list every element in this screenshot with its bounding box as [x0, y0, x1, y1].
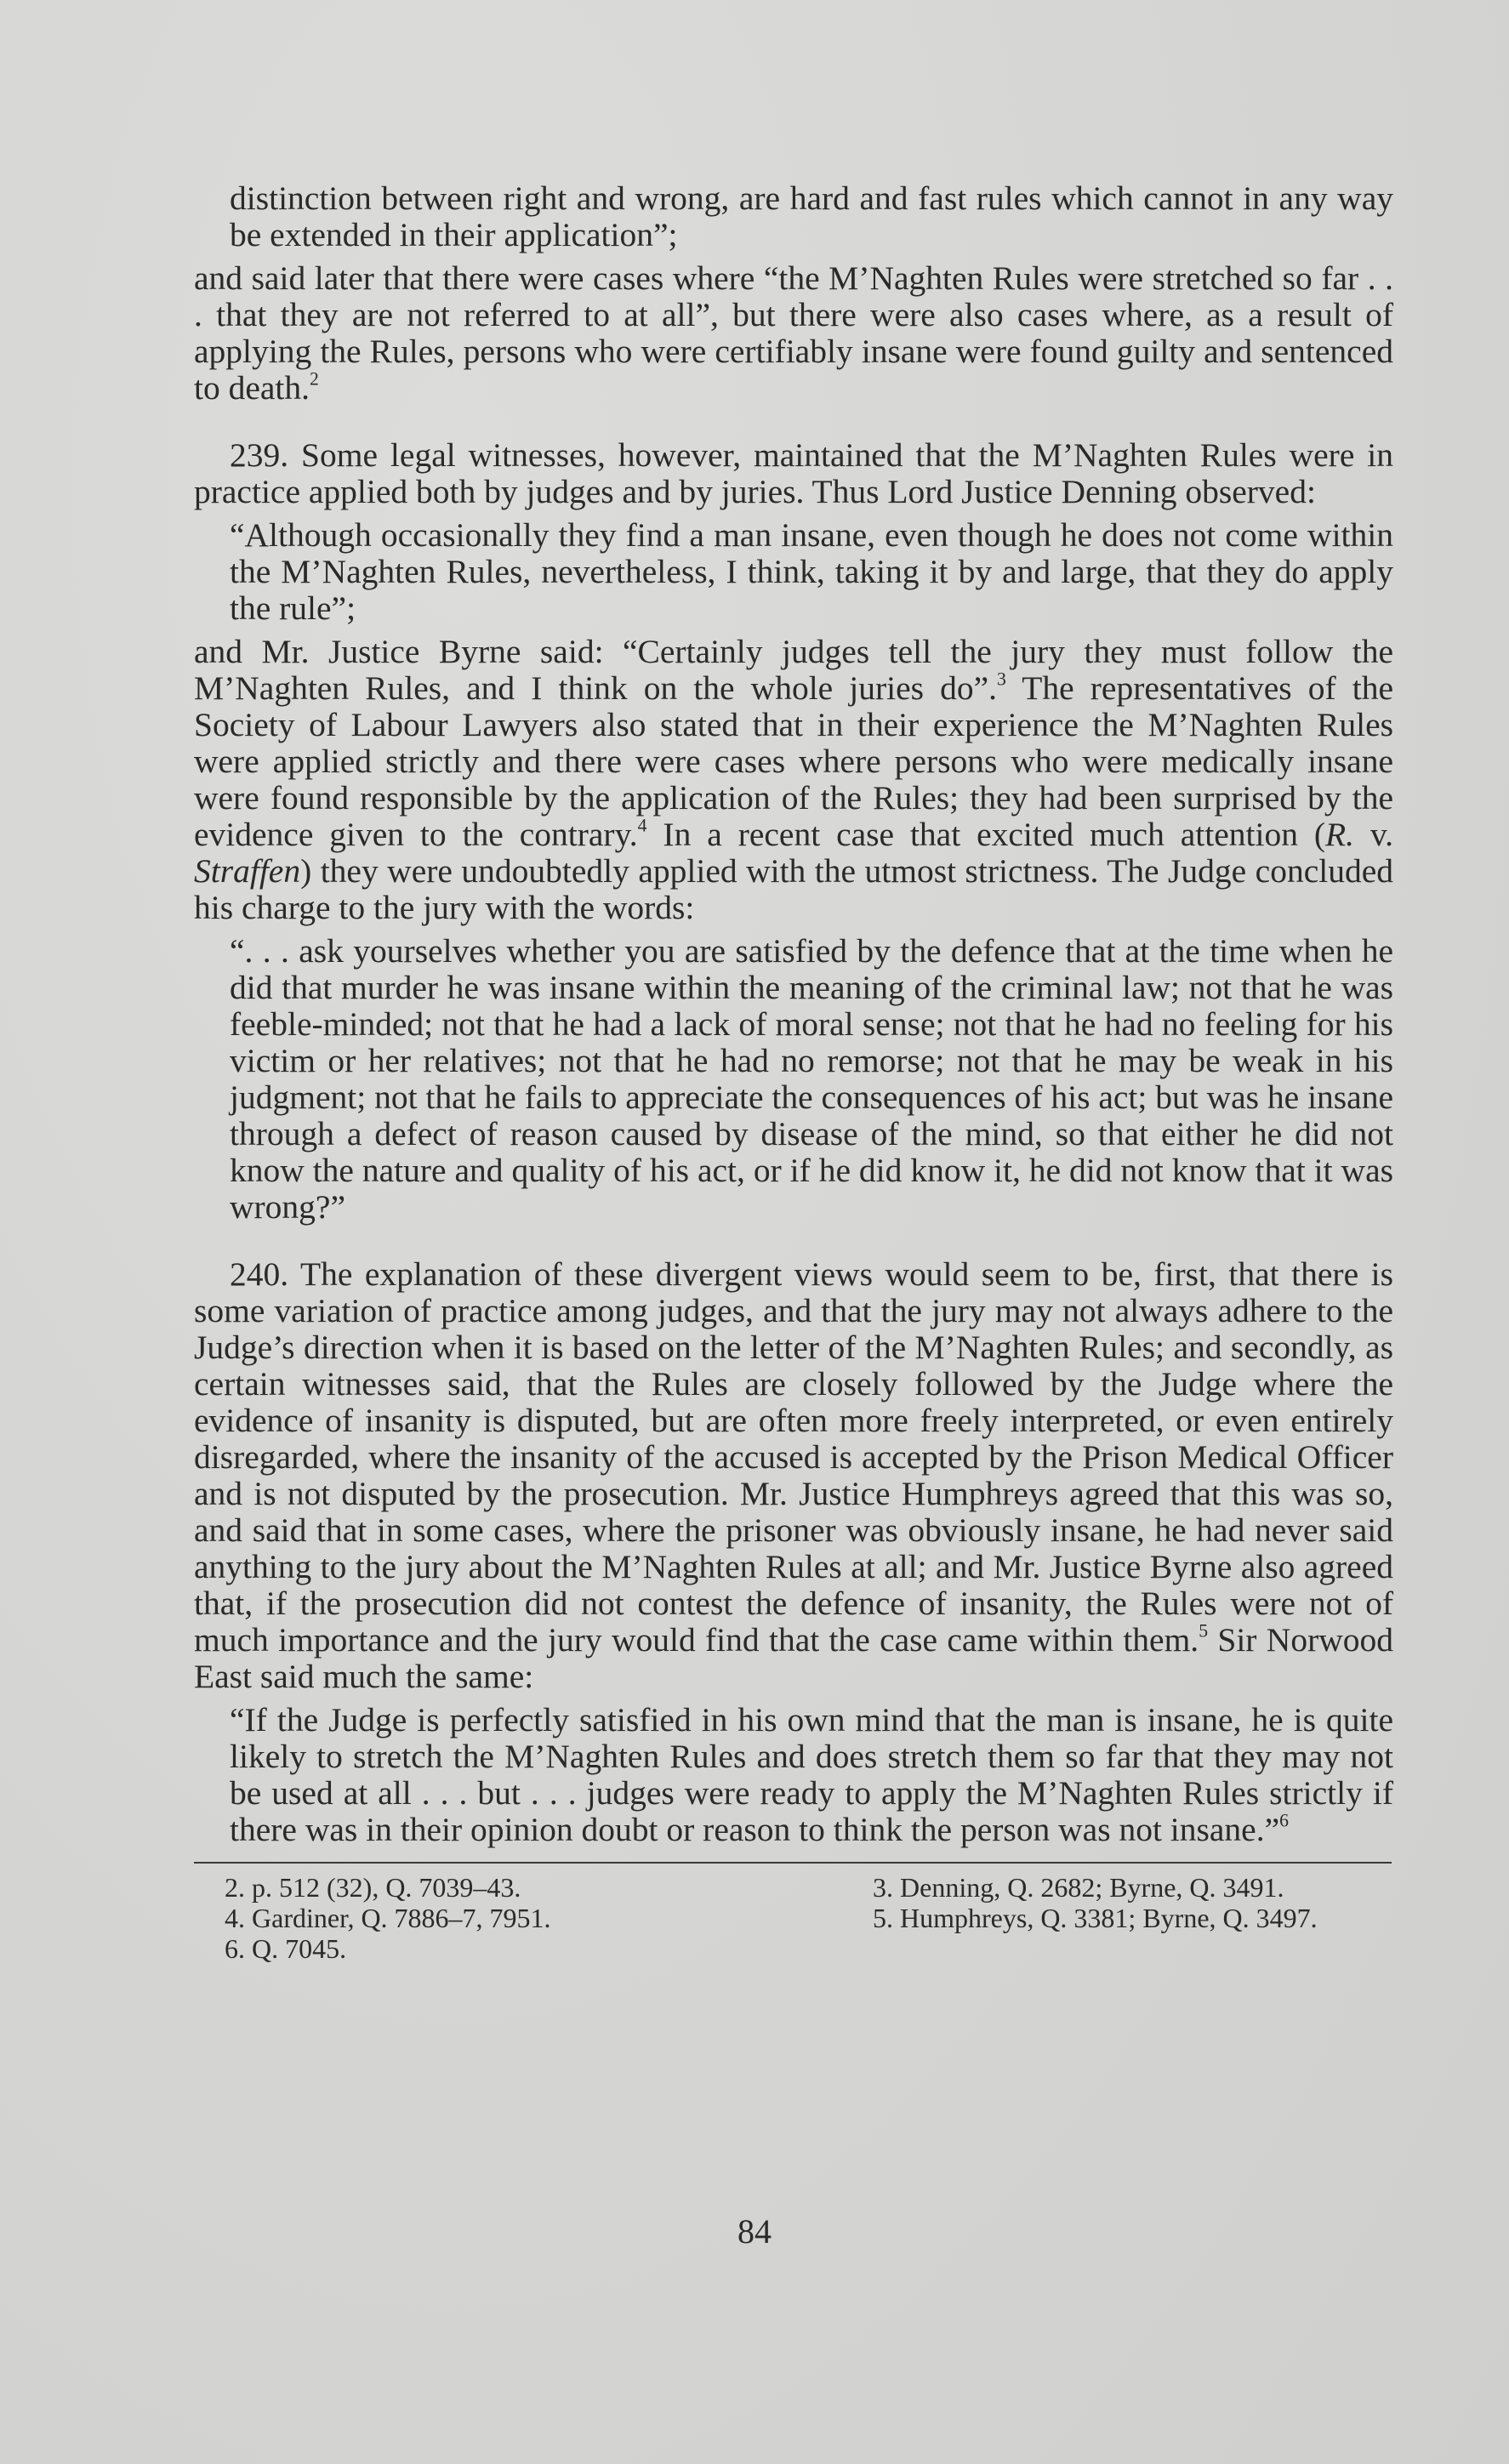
text-span: v. — [1354, 816, 1393, 853]
footnote-ref: 2 — [310, 369, 319, 390]
footnote-ref: 3 — [997, 669, 1006, 690]
quote-continuation: distinction between right and wrong, are… — [194, 180, 1393, 253]
footnote-5: 5. Humphreys, Q. 3381; Byrne, Q. 3497. — [873, 1903, 1424, 1933]
footnote-4: 4. Gardiner, Q. 7886–7, 7951. — [225, 1903, 873, 1933]
footnote-ref: 4 — [638, 816, 647, 836]
paragraph-number: 239. — [230, 436, 288, 474]
footnote-ref: 6 — [1279, 1811, 1289, 1831]
footnote-divider — [194, 1862, 1392, 1864]
case-name: R. — [1325, 816, 1354, 853]
footnote-6: 6. Q. 7045. — [225, 1933, 873, 1964]
document-page: distinction between right and wrong, are… — [194, 180, 1393, 1964]
paragraph-number: 240. — [230, 1255, 288, 1293]
text-block: and said later that there were cases whe… — [194, 260, 1393, 407]
body-text: distinction between right and wrong, are… — [194, 180, 1393, 1848]
footnotes: 2. p. 512 (32), Q. 7039–43. 3. Denning, … — [194, 1872, 1393, 1964]
block-quote-east: “If the Judge is perfectly satisfied in … — [194, 1702, 1393, 1848]
block-quote-judge: “. . . ask yourselves whether you are sa… — [194, 933, 1393, 1226]
text-block: and Mr. Justice Byrne said: “Certainly j… — [194, 634, 1393, 926]
paragraph-240: 240. The explanation of these divergent … — [194, 1256, 1393, 1695]
text-span: ) they were undoubtedly applied with the… — [194, 852, 1393, 926]
footnote-ref: 5 — [1199, 1621, 1208, 1642]
footnote-3: 3. Denning, Q. 2682; Byrne, Q. 3491. — [873, 1872, 1424, 1903]
block-quote-denning: “Although occasionally they find a man i… — [194, 517, 1393, 627]
page-number: 84 — [0, 2211, 1509, 2251]
paragraph-text: Some legal witnesses, however, maintaine… — [194, 436, 1393, 510]
text-span: In a recent case that excited much atten… — [647, 816, 1326, 853]
case-name: Straffen — [194, 852, 300, 890]
paragraph-text: The explanation of these divergent views… — [194, 1255, 1393, 1659]
footnote-2: 2. p. 512 (32), Q. 7039–43. — [225, 1872, 873, 1903]
paragraph-239: 239. Some legal witnesses, however, main… — [194, 437, 1393, 510]
quote-text: “If the Judge is perfectly satisfied in … — [230, 1701, 1393, 1848]
text-span: and said later that there were cases whe… — [194, 259, 1393, 407]
